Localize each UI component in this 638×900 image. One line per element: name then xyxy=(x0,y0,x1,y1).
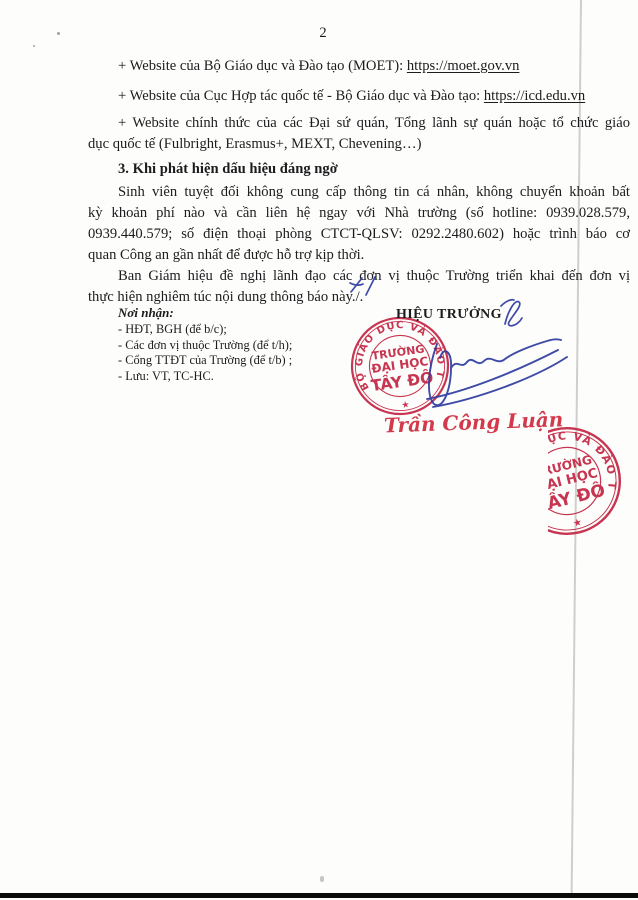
website-bullet-icd: + Website của Cục Hợp tác quốc tế - Bộ G… xyxy=(88,86,630,107)
scanner-edge-bar xyxy=(0,893,638,898)
icd-url: https://icd.edu.vn xyxy=(484,88,585,104)
recipient-item: - Cổng TTĐT của Trường (để t/b) ; xyxy=(118,353,292,369)
paragraph1-line3: 0939.440.579; số điện thoại phòng CTCT-Q… xyxy=(88,224,630,245)
website-bullet-embassies-line1: + Website chính thức của các Đại sứ quán… xyxy=(88,113,630,134)
document-body: + Website của Bộ Giáo dục và Đào tạo (MO… xyxy=(88,56,630,308)
website-bullet-embassies-line2: dục quốc tế (Fulbright, Erasmus+, MEXT, … xyxy=(88,134,630,155)
website-bullet-moet: + Website của Bộ Giáo dục và Đào tạo (MO… xyxy=(88,56,630,77)
paragraph1-line2: kỳ khoản phí nào và cần liên hệ ngay với… xyxy=(88,203,630,224)
section-heading: 3. Khi phát hiện dấu hiệu đáng ngờ xyxy=(88,159,630,180)
stamp-star-icon: ★ xyxy=(572,517,583,530)
university-round-stamp-partial: BỘ GIÁO DỤC VÀ ĐÀO TẠO TRƯỜNG ĐẠI HỌC TÂ… xyxy=(548,420,632,542)
paragraph1-line4: quan Công an gần nhất để được hỗ trợ kịp… xyxy=(88,245,630,266)
signer-name: Trần Công Luận xyxy=(384,409,525,438)
moet-url: https://moet.gov.vn xyxy=(407,58,520,74)
university-round-stamp: BỘ GIÁO DỤC VÀ ĐÀO TẠO TRƯỜNG ĐẠI HỌC TÂ… xyxy=(340,306,460,426)
bullet-text: + Website của Bộ Giáo dục và Đào tạo (MO… xyxy=(118,58,407,74)
paragraph1-line1: Sinh viên tuyệt đối không cung cấp thông… xyxy=(88,182,630,203)
partial-stamp-clipped: BỘ GIÁO DỤC VÀ ĐÀO TẠO TRƯỜNG ĐẠI HỌC TÂ… xyxy=(548,420,638,542)
scan-speck xyxy=(33,45,35,47)
recipient-item: - HĐT, BGH (để b/c); xyxy=(118,322,292,338)
page-number: 2 xyxy=(300,25,346,42)
bullet-text: + Website của Cục Hợp tác quốc tế - Bộ G… xyxy=(118,88,484,104)
recipient-item: - Các đơn vị thuộc Trường (để t/h); xyxy=(118,338,292,354)
stamp-star-icon: ★ xyxy=(401,400,410,411)
paragraph2-line1: Ban Giám hiệu đề nghị lãnh đạo các đơn v… xyxy=(88,266,630,287)
recipients-block: Nơi nhận: - HĐT, BGH (để b/c); - Các đơn… xyxy=(118,305,292,385)
signer-title: HIỆU TRƯỞNG xyxy=(396,307,502,323)
recipients-label: Nơi nhận: xyxy=(118,305,292,321)
scanned-document-page: 2 + Website của Bộ Giáo dục và Đào tạo (… xyxy=(0,0,638,900)
recipient-item: - Lưu: VT, TC-HC. xyxy=(118,369,292,385)
scan-speck xyxy=(57,32,60,35)
scan-speck xyxy=(320,876,324,882)
